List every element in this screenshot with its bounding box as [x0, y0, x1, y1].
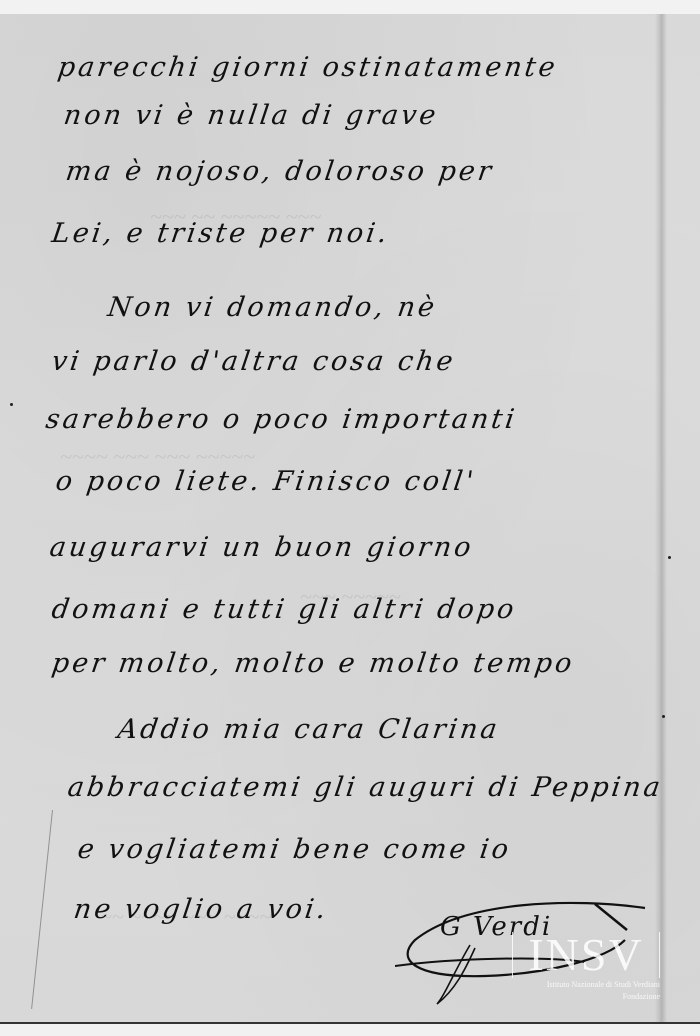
letter-line-8: o poco liete. Finisco coll': [54, 466, 478, 497]
watermark-institution: Istituto Nazionale di Studi Verdiani: [512, 980, 660, 990]
bottom-border: [0, 1022, 700, 1036]
ink-speck: [10, 403, 13, 406]
letter-line-3: ma è nojoso, doloroso per: [64, 156, 496, 187]
letter-line-4: Lei, e triste per noi.: [50, 218, 392, 249]
letter-line-1: parecchi giorni ostinatamente: [56, 52, 560, 83]
letter-line-15: ne voglio a voi.: [72, 894, 331, 925]
ink-speck: [662, 715, 665, 718]
watermark-foundation: Fondazione: [512, 992, 660, 1002]
top-border: [0, 0, 700, 14]
letter-line-2: non vi è nulla di grave: [62, 100, 441, 131]
fold-crease: [655, 14, 667, 1022]
letter-line-14: e vogliatemi bene come io: [76, 834, 513, 865]
letter-line-10: domani e tutti gli altri dopo: [50, 594, 519, 625]
letter-line-5: Non vi domando, nè: [106, 292, 439, 323]
letter-line-11: per molto, molto e molto tempo: [50, 648, 577, 679]
letter-line-9: augurarvi un buon giorno: [48, 532, 476, 563]
ink-speck: [668, 556, 671, 559]
letter-line-7: sarebbero o poco importanti: [44, 404, 519, 435]
scanned-page: ~~~ ~~ ~~~~~ ~~~ ~~~~ ~~~ ~~~ ~~~~~ ~~~ …: [0, 0, 700, 1036]
watermark-logo: INSV: [512, 932, 660, 978]
letter-line-12: Addio mia cara Clarina: [116, 714, 502, 745]
archive-watermark: INSV Istituto Nazionale di Studi Verdian…: [512, 932, 660, 1002]
letter-line-13: abbracciatemi gli auguri di Peppina: [66, 772, 665, 803]
letter-line-6: vi parlo d'altra cosa che: [50, 346, 458, 377]
